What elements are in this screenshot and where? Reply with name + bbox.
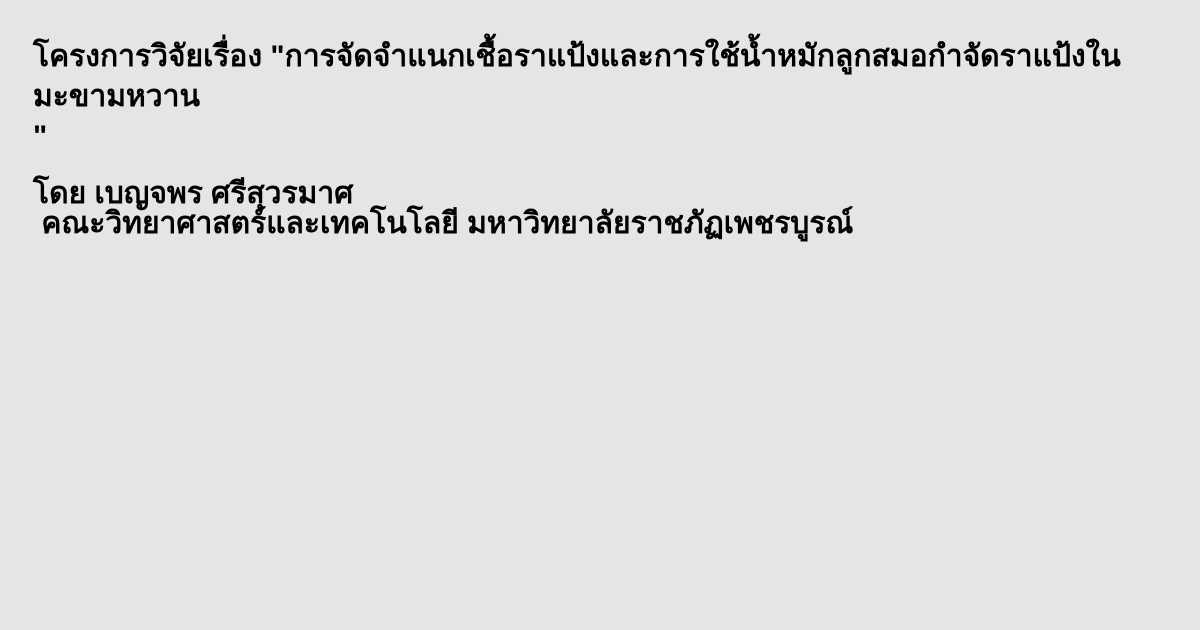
research-project-title: โครงการวิจัยเรื่อง "การจัดจำแนกเชื้อราแป… (33, 37, 1192, 157)
author-affiliation: โดย เบญจพร ศรีสุวรมาศ คณะวิทยาศาสตร์และเ… (33, 179, 1192, 239)
share-card: โครงการวิจัยเรื่อง "การจัดจำแนกเชื้อราแป… (0, 0, 1200, 630)
